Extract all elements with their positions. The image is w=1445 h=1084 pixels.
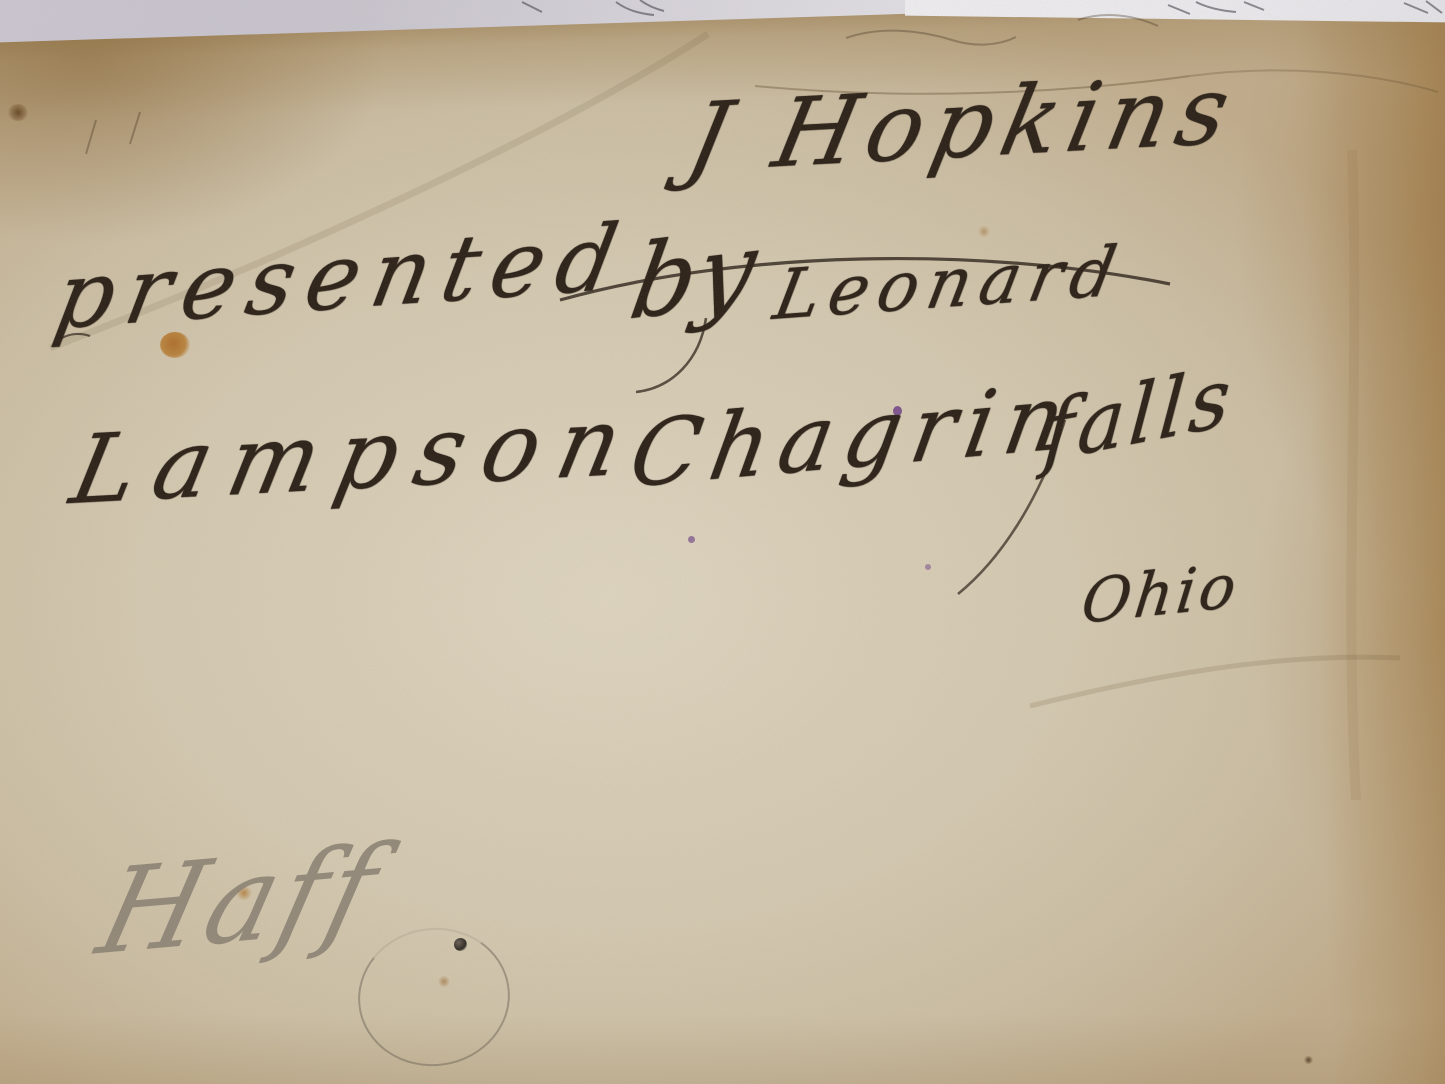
dark-fleck: [8, 104, 28, 121]
handwritten-word-by: by: [624, 217, 766, 335]
purple-ink-speck: [688, 536, 695, 543]
pencil-signature: Haff: [88, 830, 391, 973]
book-endpaper-photo: J Hopkins presented by Leonard Lampson C…: [0, 0, 1445, 1084]
handwritten-word-ohio: Ohio: [1078, 556, 1242, 634]
foxing-stain: [978, 226, 990, 237]
handwritten-owner-name: J Hopkins: [680, 63, 1246, 187]
purple-ink-speck: [925, 564, 931, 570]
dark-fleck: [1304, 1056, 1313, 1064]
